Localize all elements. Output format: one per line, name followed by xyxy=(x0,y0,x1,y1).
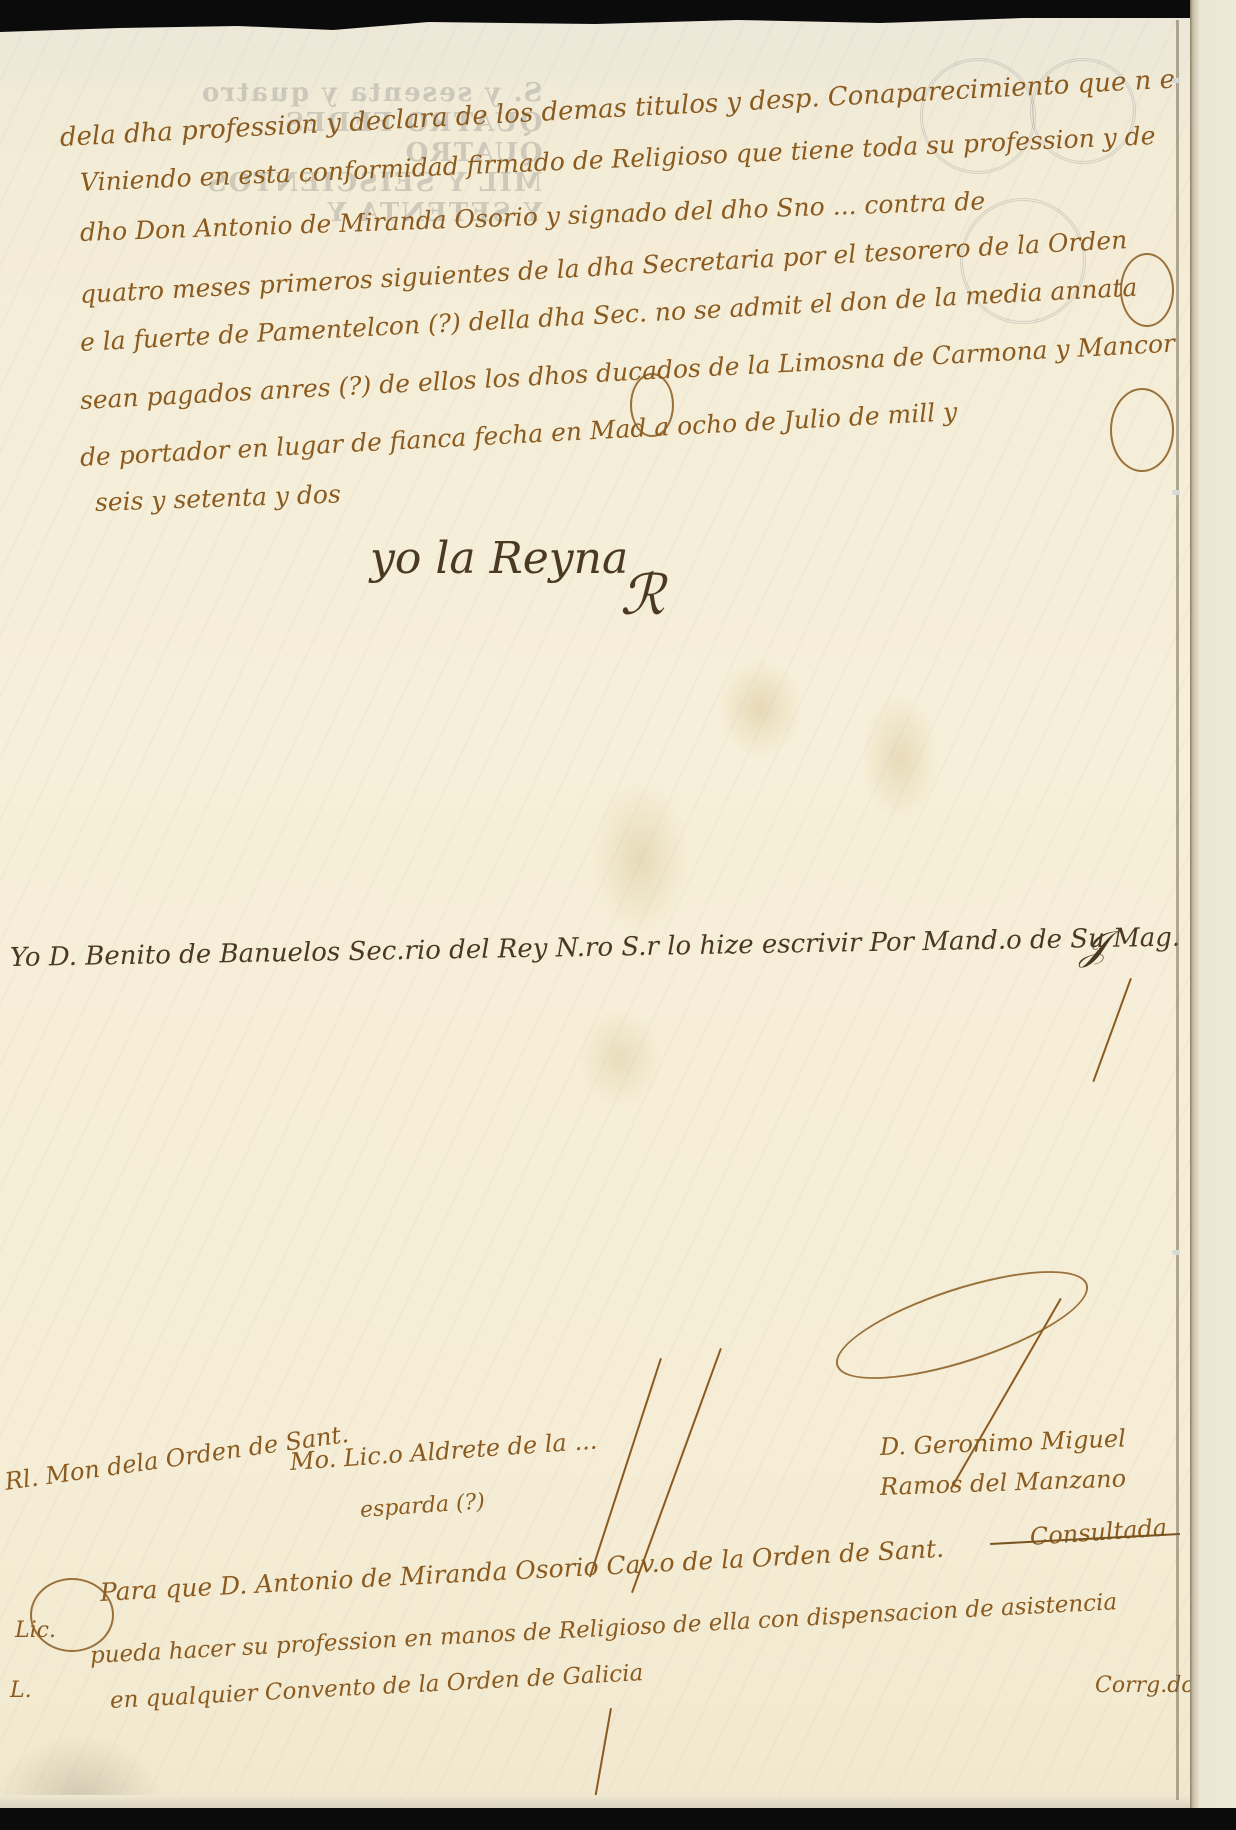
binding-thread xyxy=(1172,1250,1180,1255)
para-line-3: en qualquier Convento de la Orden de Gal… xyxy=(109,1660,644,1714)
para-line-1: Para que D. Antonio de Miranda Osorio Ca… xyxy=(99,1534,944,1607)
corner-note: Corrg.do xyxy=(1095,1673,1195,1698)
flourish-icon xyxy=(1110,388,1174,472)
queen-rubric-icon: ℛ xyxy=(620,563,665,628)
queen-signature: yo la Reyna xyxy=(370,533,628,584)
signature-stroke xyxy=(589,1358,662,1577)
page-binding-strip xyxy=(1190,0,1236,1830)
flourish-icon xyxy=(825,1249,1099,1401)
manuscript-page: S. y sesenta y quatro QUATRO FEDES QUATR… xyxy=(0,18,1190,1808)
council-signature-right-2: Ramos del Manzano xyxy=(880,1464,1127,1501)
binding-thread xyxy=(1172,78,1180,83)
page-bottom-fold xyxy=(0,1795,1190,1809)
rubric-stroke xyxy=(1092,978,1132,1082)
council-signature-right-1: D. Geronimo Miguel xyxy=(880,1424,1127,1461)
council-signature-middle-2: esparda (?) xyxy=(359,1489,486,1523)
left-margin-note-3: L. xyxy=(10,1678,32,1703)
scanned-manuscript: S. y sesenta y quatro QUATRO FEDES QUATR… xyxy=(0,0,1236,1830)
consultada-note: Consultada xyxy=(1029,1513,1168,1551)
para-line-2: pueda hacer su profession en manos de Re… xyxy=(89,1589,1117,1669)
secretary-attestation: Yo D. Benito de Banuelos Sec.rio del Rey… xyxy=(10,923,1181,973)
flourish-icon xyxy=(1120,253,1174,327)
flourish-icon xyxy=(630,373,674,437)
binding-seam xyxy=(1176,20,1179,1800)
left-margin-note-2: Lic. xyxy=(15,1618,56,1643)
binding-thread xyxy=(1172,490,1180,495)
body-line-7: de portador en lugar de fianca fecha en … xyxy=(79,397,958,472)
body-line-8: seis y setenta y dos xyxy=(94,479,341,517)
scan-border xyxy=(0,1808,1236,1830)
secretary-rubric-icon: 𝒥 xyxy=(1080,923,1108,969)
